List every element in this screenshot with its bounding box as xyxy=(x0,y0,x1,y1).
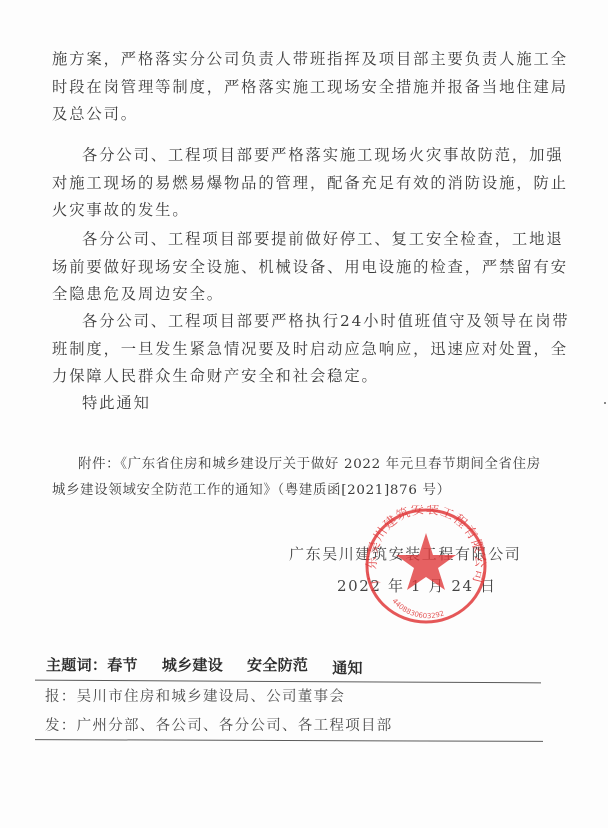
text-line: 时段在岗管理等制度，严格落实施工现场安全措施并报备当地住建局 xyxy=(52,74,472,102)
keyword: 城乡建设 xyxy=(162,656,223,674)
report-to: 报：吴川市住房和城乡建设局、公司董事会 xyxy=(45,685,345,706)
text-line: 各分公司、工程项目部要提前做好停工、复工安全检查，工地退 xyxy=(52,226,472,254)
official-seal-icon: 广东吴川建筑安装工程有限公司 4408830603292 xyxy=(362,505,490,627)
text-line: 力保障人民群众生命财产安全和社会稳定。 xyxy=(52,363,472,391)
text-line: 各分公司、工程项目部要严格执行24小时值班值守及领导在岗带 xyxy=(52,308,472,336)
text-line: 班制度，一旦发生紧急情况要及时启动应急响应，迅速应对处置，全 xyxy=(52,336,472,364)
keyword: 春节 xyxy=(107,656,138,674)
paragraph-4: 各分公司、工程项目部要严格执行24小时值班值守及领导在岗带 班制度，一旦发生紧急… xyxy=(52,308,472,391)
keywords-label: 主题词： xyxy=(46,656,107,674)
text-line: 场前要做好现场安全设施、机械设备、用电设施的检查，严禁留有安 xyxy=(52,254,472,282)
closing-remark: 特此通知 xyxy=(52,390,472,418)
text-line: 全隐患危及周边安全。 xyxy=(52,281,472,309)
paragraph-2: 各分公司、工程项目部要严格落实施工现场火灾事故防范，加强 对施工现场的易燃易爆物… xyxy=(52,142,472,225)
text-line: 及总公司。 xyxy=(52,101,472,129)
text-line: 施方案，严格落实分公司负责人带班指挥及项目部主要负责人施工全 xyxy=(52,46,472,74)
divider-line xyxy=(35,739,543,742)
document-page: 施方案，严格落实分公司负责人带班指挥及项目部主要负责人施工全 时段在岗管理等制度… xyxy=(0,0,608,828)
keyword: 通知 xyxy=(332,659,363,677)
subject-keywords: 主题词：春节城乡建设安全防范通知 xyxy=(46,654,387,675)
text-line: 火灾事故的发生。 xyxy=(52,197,472,225)
divider-line xyxy=(35,680,541,684)
keyword: 安全防范 xyxy=(247,656,308,674)
text-line: 特此通知 xyxy=(52,390,472,418)
distribute-to: 发：广州分部、各公司、各分公司、各工程项目部 xyxy=(45,714,393,735)
paragraph-3: 各分公司、工程项目部要提前做好停工、复工安全检查，工地退 场前要做好现场安全设施… xyxy=(52,226,472,309)
attachment-line-2: 城乡建设领域安全防范工作的通知》（粤建质函[2021]876 号） xyxy=(52,478,451,504)
text-line: 各分公司、工程项目部要严格落实施工现场火灾事故防范，加强 xyxy=(52,142,472,170)
paragraph-1: 施方案，严格落实分公司负责人带班指挥及项目部主要负责人施工全 时段在岗管理等制度… xyxy=(52,46,472,129)
scan-speck xyxy=(604,402,606,404)
attachment-line-1: 附件：《广东省住房和城乡建设厅关于做好 2022 年元旦春节期间全省住房 xyxy=(52,452,541,478)
text-line: 对施工现场的易燃易爆物品的管理，配备充足有效的消防设施，防止 xyxy=(52,170,472,198)
